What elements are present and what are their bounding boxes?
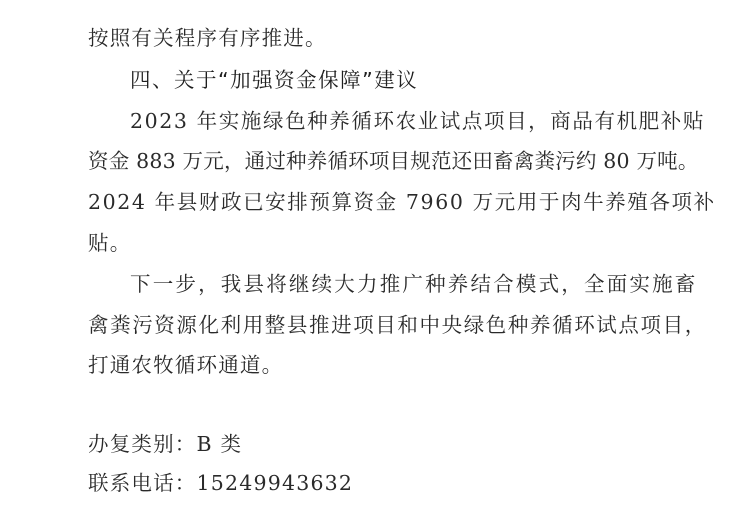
reply-category-label: 办复类别： <box>88 432 197 456</box>
paragraph-line: 下一步，我县将继续大力推广种养结合模式，全面实施畜 <box>130 270 698 298</box>
reply-category-value: B 类 <box>197 432 243 456</box>
reply-category: 办复类别：B 类 <box>88 430 242 458</box>
paragraph-line: 贴。 <box>88 229 131 257</box>
document-page: 按照有关程序有序推进。 四、关于“加强资金保障”建议 2023 年实施绿色种养循… <box>0 0 746 511</box>
contact-phone-label: 联系电话： <box>88 471 197 495</box>
contact-phone-value: 15249943632 <box>197 471 354 495</box>
contact-phone: 联系电话：15249943632 <box>88 469 353 497</box>
paragraph-line: 打通农牧循环通道。 <box>88 351 283 379</box>
paragraph-line: 按照有关程序有序推进。 <box>88 24 327 52</box>
section-heading: 四、关于“加强资金保障”建议 <box>130 66 418 94</box>
paragraph-line: 2023 年实施绿色种养循环农业试点项目，商品有机肥补贴 <box>130 107 705 135</box>
paragraph-line: 2024 年县财政已安排预算资金 7960 万元用于肉牛养殖各项补 <box>88 188 716 216</box>
paragraph-line: 禽粪污资源化利用整县推进项目和中央绿色种养循环试点项目， <box>88 311 707 339</box>
paragraph-line: 资金 883 万元，通过种养循环项目规范还田畜禽粪污约 80 万吨。 <box>88 147 699 175</box>
